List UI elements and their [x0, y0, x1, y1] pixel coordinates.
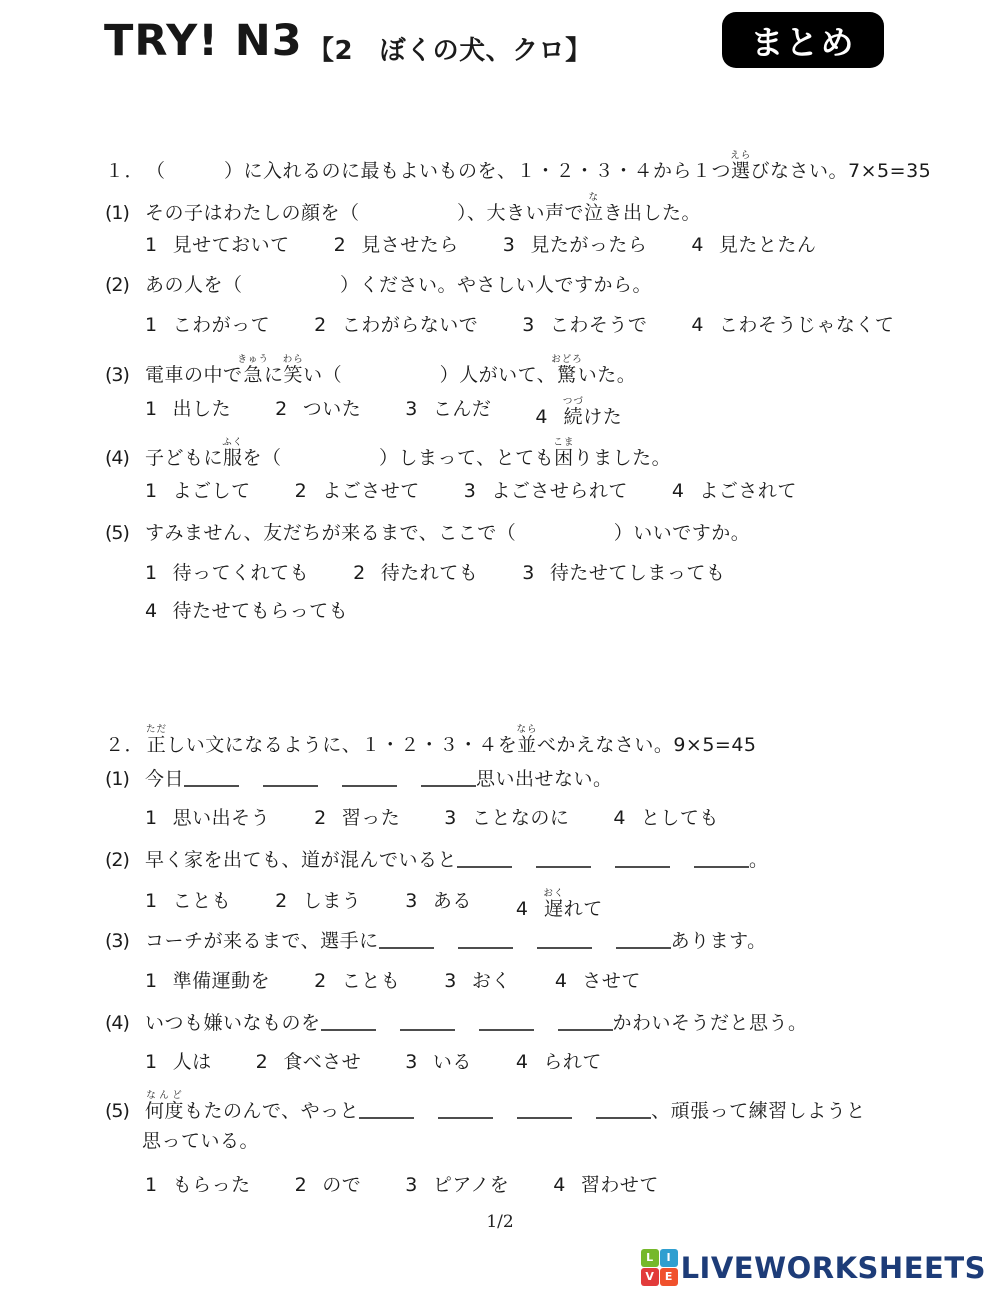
- worksheet-page: { "header": { "logo": "TRY! N3", "title"…: [0, 0, 1000, 1294]
- option[interactable]: 2待たれても: [353, 560, 478, 586]
- worksheet-title: 【2 ぼくの犬、クロ】: [308, 30, 592, 67]
- question-number: (5): [105, 1098, 135, 1124]
- option-number: 1: [145, 478, 158, 504]
- option-number: 1: [145, 1049, 158, 1075]
- option[interactable]: 2ことも: [314, 968, 400, 994]
- option-number: 3: [503, 232, 516, 258]
- option-number: 2: [256, 1049, 269, 1075]
- option-number: 3: [464, 478, 477, 504]
- answer-blank[interactable]: [615, 850, 670, 868]
- option-label: こんだ: [433, 398, 492, 420]
- option-number: 2: [295, 1172, 308, 1198]
- answer-blank[interactable]: [321, 1013, 376, 1031]
- option-number: 3: [522, 312, 535, 338]
- option-label: 待たれても: [381, 562, 479, 584]
- option-label: ので: [322, 1174, 361, 1196]
- s2-q4-line: (4)いつも嫌いなものをかわいそうだと思う。: [105, 1010, 808, 1036]
- option[interactable]: 4としても: [613, 805, 719, 831]
- option-label: 出した: [173, 398, 232, 420]
- option[interactable]: 1出した: [145, 396, 231, 430]
- option-number: 2: [314, 805, 327, 831]
- option[interactable]: 1人は: [145, 1049, 212, 1075]
- option[interactable]: 4こわそうじゃなくて: [691, 312, 894, 338]
- question-text: 思っている。: [142, 1130, 259, 1152]
- option-label: 人は: [173, 1051, 212, 1073]
- question-number: (2): [105, 272, 135, 298]
- option[interactable]: 2ついた: [275, 396, 361, 430]
- s2-q5-continuation: 思っている。: [142, 1128, 259, 1154]
- option-number: 4: [691, 312, 704, 338]
- option-number: 4: [613, 805, 626, 831]
- s1-q5-options-row2: 4待たせてもらっても: [145, 598, 348, 624]
- option-number: 3: [405, 1049, 418, 1075]
- s2-q1-line: (1)今日思い出せない。: [105, 766, 613, 792]
- option[interactable]: 1よごして: [145, 478, 251, 504]
- option[interactable]: 4習わせて: [553, 1172, 659, 1198]
- option[interactable]: 2習った: [314, 805, 400, 831]
- answer-blank[interactable]: [616, 931, 671, 949]
- question-text: 子どもに服ふくを（ ）しまって、とても困こまりました。: [145, 447, 671, 469]
- option-number: 4: [145, 598, 158, 624]
- option[interactable]: 3こわそうで: [522, 312, 647, 338]
- option-number: 1: [145, 312, 158, 338]
- option-number: 2: [275, 396, 288, 422]
- option-label: もらった: [173, 1174, 251, 1196]
- option-label: こわがって: [173, 314, 271, 336]
- option-label: 待ってくれても: [173, 562, 310, 584]
- question-number: (4): [105, 445, 135, 471]
- option-number: 3: [405, 888, 418, 914]
- logo-tile-l: L: [641, 1249, 659, 1267]
- option[interactable]: 3よごさせられて: [464, 478, 628, 504]
- option-label: 思い出そう: [173, 807, 271, 829]
- instruction-text: （ ）に入れるのに最もよいものを、１・２・３・４から１つ選えらびなさい。7×5=…: [146, 160, 931, 182]
- option-number: 1: [145, 232, 158, 258]
- option[interactable]: 3見たがったら: [503, 232, 648, 258]
- question-number: (3): [105, 928, 135, 954]
- option[interactable]: 1思い出そう: [145, 805, 270, 831]
- question-text: その子はわたしの顔を（ ）、大きい声で泣なき出した。: [145, 202, 701, 224]
- s2-q3-options: 1準備運動を 2ことも 3おく 4させて: [145, 968, 641, 994]
- option[interactable]: 3ピアノを: [405, 1172, 509, 1198]
- answer-blank[interactable]: [458, 931, 513, 949]
- option-number: 3: [405, 1172, 418, 1198]
- logo-tile-v: V: [641, 1268, 659, 1286]
- question-text: あの人を（ ）ください。やさしい人ですから。: [145, 274, 652, 296]
- s1-q5-line: (5)すみません、友だちが来るまで、ここで（ ）いいですか。: [105, 520, 750, 546]
- section-number: １．: [105, 158, 144, 184]
- option-label: 見たがったら: [530, 234, 647, 256]
- s1-q3-options: 1出した 2ついた 3こんだ 4続つづけた: [145, 396, 622, 430]
- answer-blank[interactable]: [379, 931, 434, 949]
- option[interactable]: 3こんだ: [405, 396, 491, 430]
- s2-q3-line: (3)コーチが来るまで、選手にあります。: [105, 928, 767, 954]
- question-number: (1): [105, 766, 135, 792]
- option[interactable]: 3ある: [405, 888, 472, 922]
- option-label: おく: [472, 970, 511, 992]
- option-label: よごさせられて: [491, 480, 628, 502]
- option-number: 1: [145, 396, 158, 422]
- option-label: 遅おくれて: [543, 898, 602, 920]
- option[interactable]: 4続つづけた: [535, 396, 622, 430]
- logo-tile-e: E: [660, 1268, 678, 1286]
- option[interactable]: 2ので: [295, 1172, 362, 1198]
- question-number: (1): [105, 200, 135, 226]
- option-number: 2: [314, 968, 327, 994]
- option[interactable]: 4見たとたん: [691, 232, 816, 258]
- answer-blank[interactable]: [694, 850, 749, 868]
- answer-blank[interactable]: [342, 769, 397, 787]
- option-number: 1: [145, 560, 158, 586]
- option-number: 2: [275, 888, 288, 914]
- option-number: 4: [516, 896, 529, 922]
- option-label: 準備運動を: [173, 970, 271, 992]
- answer-blank[interactable]: [438, 1101, 493, 1119]
- question-text: いつも嫌いなものをかわいそうだと思う。: [145, 1012, 808, 1034]
- answer-blank[interactable]: [421, 769, 476, 787]
- s1-q1-line: (1)その子はわたしの顔を（ ）、大きい声で泣なき出した。: [105, 192, 701, 226]
- option-number: 3: [444, 968, 457, 994]
- option[interactable]: 1もらった: [145, 1172, 251, 1198]
- option[interactable]: 2しまう: [275, 888, 361, 922]
- option-label: 待たせてもらっても: [173, 600, 349, 622]
- question-text: 電車の中で急きゅうに笑わらい（ ）人がいて、驚おどろいた。: [145, 364, 636, 386]
- option-label: ことも: [342, 970, 401, 992]
- option[interactable]: 1ことも: [145, 888, 231, 922]
- answer-blank[interactable]: [400, 1013, 455, 1031]
- answer-blank[interactable]: [558, 1013, 613, 1031]
- option-label: こわがらないで: [342, 314, 479, 336]
- option-label: よごして: [173, 480, 251, 502]
- liveworksheets-logo[interactable]: LIVE LIVEWORKSHEETS: [641, 1249, 986, 1286]
- s2-q4-options: 1人は 2食べさせ 3いる 4られて: [145, 1049, 602, 1075]
- option-label: させて: [582, 970, 641, 992]
- option-label: 食べさせ: [283, 1051, 361, 1073]
- answer-blank[interactable]: [184, 769, 239, 787]
- option-number: 2: [334, 232, 347, 258]
- option[interactable]: 2よごさせて: [295, 478, 420, 504]
- question-number: (3): [105, 362, 135, 388]
- s2-q2-options: 1ことも 2しまう 3ある 4遅おくれて: [145, 888, 603, 922]
- option-label: 続つづけた: [563, 406, 622, 428]
- section-number: ２．: [105, 732, 144, 758]
- section1-instruction: １．（ ）に入れるのに最もよいものを、１・２・３・４から１つ選えらびなさい。7×…: [105, 150, 931, 184]
- option[interactable]: 1待ってくれても: [145, 560, 309, 586]
- option[interactable]: 2見させたら: [334, 232, 459, 258]
- option[interactable]: 4遅おくれて: [516, 888, 603, 922]
- option[interactable]: 1準備運動を: [145, 968, 270, 994]
- s2-q1-options: 1思い出そう 2習った 3ことなのに 4としても: [145, 805, 719, 831]
- option-number: 4: [535, 404, 548, 430]
- answer-blank[interactable]: [536, 850, 591, 868]
- s1-q2-options: 1こわがって 2こわがらないで 3こわそうで 4こわそうじゃなくて: [145, 312, 894, 338]
- answer-blank[interactable]: [457, 850, 512, 868]
- question-text: すみません、友だちが来るまで、ここで（ ）いいですか。: [145, 522, 750, 544]
- option-number: 4: [691, 232, 704, 258]
- option-label: 習った: [342, 807, 401, 829]
- s1-q5-options-row1: 1待ってくれても 2待たれても 3待たせてしまっても: [145, 560, 725, 586]
- answer-blank[interactable]: [537, 931, 592, 949]
- option-number: 1: [145, 805, 158, 831]
- s2-q5-options: 1もらった 2ので 3ピアノを 4習わせて: [145, 1172, 659, 1198]
- answer-blank[interactable]: [517, 1101, 572, 1119]
- option-label: 習わせて: [581, 1174, 659, 1196]
- option-number: 4: [553, 1172, 566, 1198]
- option-label: としても: [641, 807, 719, 829]
- try-n3-logo: TRY! N3: [104, 16, 303, 66]
- option-label: 待たせてしまっても: [550, 562, 726, 584]
- answer-blank[interactable]: [263, 769, 318, 787]
- option[interactable]: 4待たせてもらっても: [145, 598, 348, 624]
- option-label: 見させたら: [361, 234, 459, 256]
- option-number: 1: [145, 888, 158, 914]
- instruction-text: 正ただしい文になるように、１・２・３・４を並ならべかえなさい。9×5=45: [146, 734, 757, 756]
- option-label: しまう: [303, 890, 362, 912]
- option[interactable]: 3待たせてしまっても: [522, 560, 725, 586]
- option-label: ことも: [173, 890, 232, 912]
- option-label: よごされて: [699, 480, 797, 502]
- option[interactable]: 3ことなのに: [444, 805, 569, 831]
- option-label: 見たとたん: [719, 234, 817, 256]
- s2-q2-line: (2)早く家を出ても、道が混んでいると。: [105, 847, 769, 873]
- s1-q2-line: (2)あの人を（ ）ください。やさしい人ですから。: [105, 272, 652, 298]
- question-number: (2): [105, 847, 135, 873]
- brand-text: LIVEWORKSHEETS: [681, 1251, 986, 1285]
- option-number: 1: [145, 968, 158, 994]
- option-label: こわそうで: [550, 314, 648, 336]
- option-number: 2: [353, 560, 366, 586]
- s1-q4-line: (4)子どもに服ふくを（ ）しまって、とても困こまりました。: [105, 437, 671, 471]
- option-label: いる: [433, 1051, 472, 1073]
- s1-q4-options: 1よごして 2よごさせて 3よごさせられて 4よごされて: [145, 478, 797, 504]
- option[interactable]: 2こわがらないで: [314, 312, 478, 338]
- option-number: 3: [405, 396, 418, 422]
- answer-blank[interactable]: [596, 1101, 651, 1119]
- option-number: 4: [672, 478, 685, 504]
- option[interactable]: 3おく: [444, 968, 511, 994]
- answer-blank[interactable]: [359, 1101, 414, 1119]
- option-number: 2: [295, 478, 308, 504]
- option[interactable]: 2食べさせ: [256, 1049, 362, 1075]
- question-text: コーチが来るまで、選手にあります。: [145, 930, 767, 952]
- question-number: (5): [105, 520, 135, 546]
- option[interactable]: 4させて: [555, 968, 641, 994]
- question-number: (4): [105, 1010, 135, 1036]
- s2-q5-line: (5)何度なんどもたのんで、やっと、頑張って練習しようと: [105, 1090, 866, 1124]
- logo-tile-i: I: [660, 1249, 678, 1267]
- answer-blank[interactable]: [479, 1013, 534, 1031]
- option-label: よごさせて: [322, 480, 420, 502]
- option-number: 1: [145, 1172, 158, 1198]
- option-label: 見せておいて: [173, 234, 290, 256]
- option-label: られて: [543, 1051, 602, 1073]
- option-number: 4: [555, 968, 568, 994]
- section2-instruction: ２．正ただしい文になるように、１・２・３・４を並ならべかえなさい。9×5=45: [105, 724, 757, 758]
- option-label: ある: [433, 890, 472, 912]
- question-text: 何度なんどもたのんで、やっと、頑張って練習しようと: [145, 1100, 866, 1122]
- option[interactable]: 4られて: [516, 1049, 602, 1075]
- page-number: 1/2: [0, 1212, 1000, 1232]
- option-label: ことなのに: [472, 807, 570, 829]
- option[interactable]: 1見せておいて: [145, 232, 290, 258]
- option-label: こわそうじゃなくて: [719, 314, 895, 336]
- question-text: 早く家を出ても、道が混んでいると。: [145, 849, 769, 871]
- option[interactable]: 4よごされて: [672, 478, 797, 504]
- s1-q1-options: 1見せておいて 2見させたら 3見たがったら 4見たとたん: [145, 232, 816, 258]
- option-label: ピアノを: [433, 1174, 509, 1196]
- option-number: 2: [314, 312, 327, 338]
- liveworksheets-icon: LIVE: [641, 1249, 678, 1286]
- option-number: 4: [516, 1049, 529, 1075]
- option-number: 3: [444, 805, 457, 831]
- option-number: 3: [522, 560, 535, 586]
- matome-badge: まとめ: [722, 12, 884, 68]
- option[interactable]: 1こわがって: [145, 312, 270, 338]
- s1-q3-line: (3)電車の中で急きゅうに笑わらい（ ）人がいて、驚おどろいた。: [105, 354, 636, 388]
- option-label: ついた: [303, 398, 362, 420]
- question-text: 今日思い出せない。: [145, 768, 613, 790]
- option[interactable]: 3いる: [405, 1049, 472, 1075]
